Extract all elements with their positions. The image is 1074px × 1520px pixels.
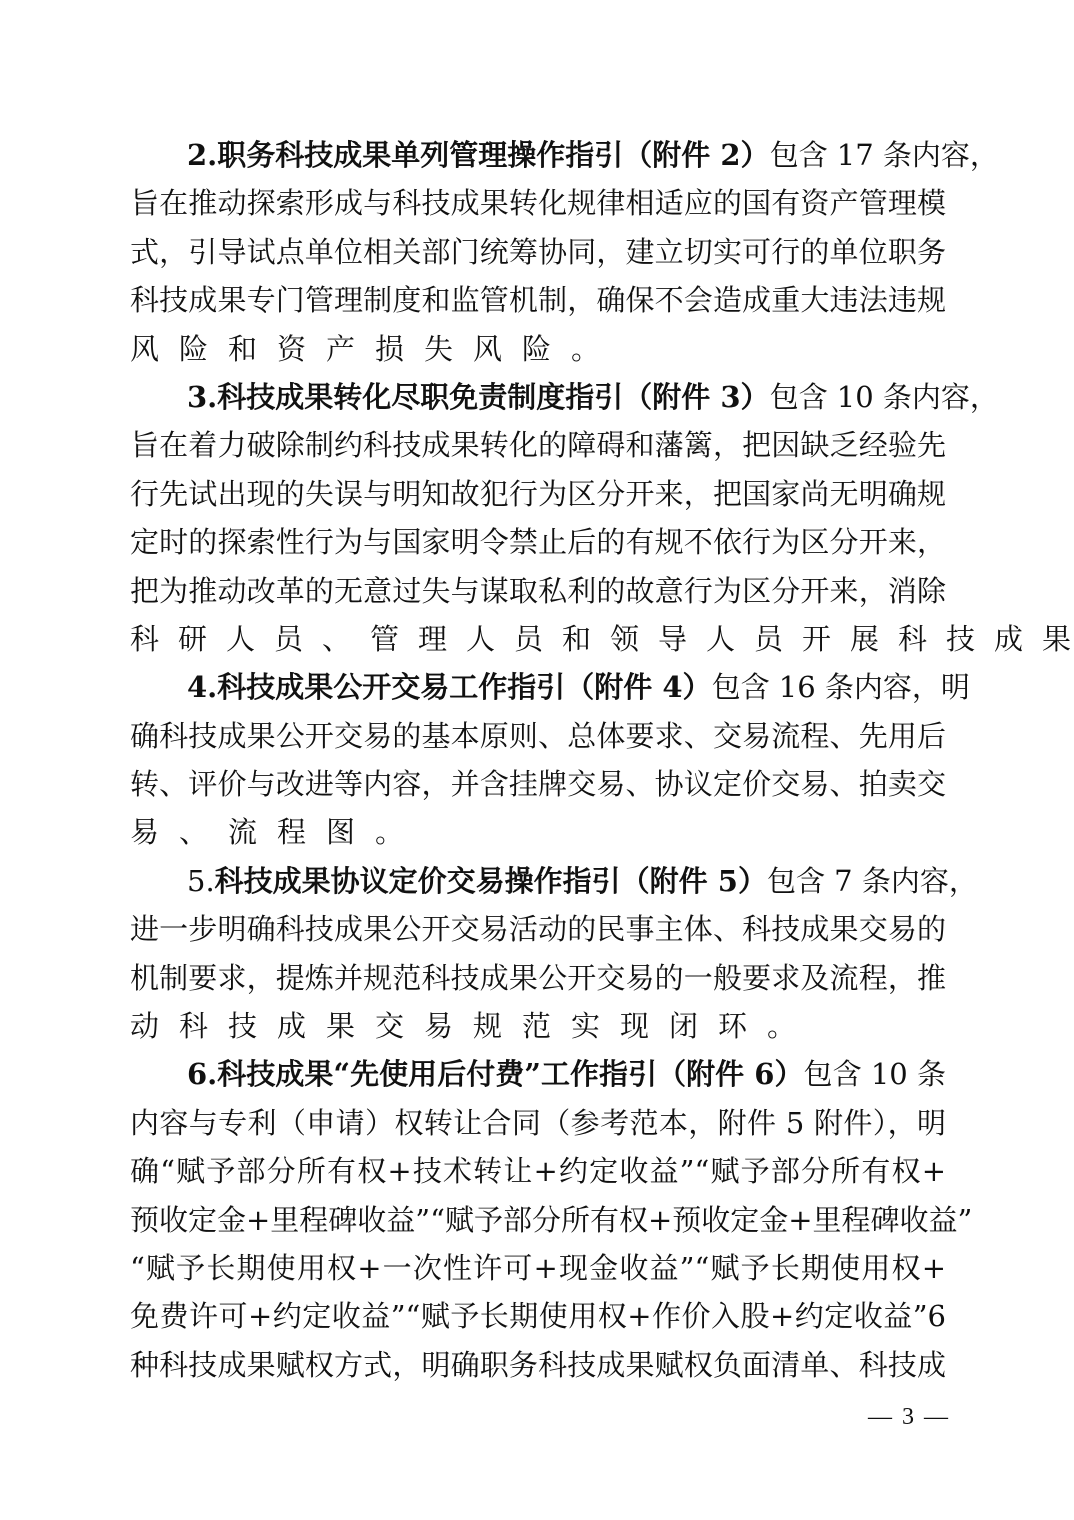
paragraph-item-4: 4.科技成果公开交易工作指引（附件 4）包含 16 条内容，明 确科技成果公开交…: [130, 663, 946, 857]
paragraph-line: 定时的探索性行为与国家明令禁止后的有规不依行为区分开来，: [130, 518, 946, 566]
line-text: 包含 10 条内容，: [770, 380, 999, 414]
item-number: 5.: [187, 864, 215, 898]
paragraph-line: 动科技成果交易规范实现闭环。: [130, 1002, 946, 1050]
line-text: 包含 16 条内容，明: [712, 670, 970, 704]
paragraph-item-5: 5.科技成果协议定价交易操作指引（附件 5）包含 7 条内容， 进一步明确科技成…: [130, 857, 946, 1051]
item-heading: 2.职务科技成果单列管理操作指引（附件 2）: [187, 138, 770, 172]
paragraph-line: 转、评价与改进等内容，并含挂牌交易、协议定价交易、拍卖交: [130, 760, 946, 808]
paragraph-line: “赋予长期使用权+一次性许可+现金收益”“赋予长期使用权+: [130, 1244, 946, 1292]
item-heading: 科技成果协议定价交易操作指引（附件 5）: [215, 864, 767, 898]
paragraph-line: 把为推动改革的无意过失与谋取私利的故意行为区分开来，消除: [130, 567, 946, 615]
line-text: 包含 7 条内容，: [767, 864, 978, 898]
paragraph-line: 机制要求，提炼并规范科技成果公开交易的一般要求及流程，推: [130, 954, 946, 1002]
document-page: 2.职务科技成果单列管理操作指引（附件 2）包含 17 条内容， 旨在推动探索形…: [0, 0, 1074, 1520]
paragraph-line: 式，引导试点单位相关部门统筹协同，建立切实可行的单位职务: [130, 228, 946, 276]
item-heading: 4.科技成果公开交易工作指引（附件 4）: [187, 670, 712, 704]
paragraph-line: 易、流程图。: [130, 808, 946, 856]
item-heading: 3.科技成果转化尽职免责制度指引（附件 3）: [187, 380, 770, 414]
paragraph-item-6: 6.科技成果“先使用后付费”工作指引（附件 6）包含 10 条 内容与专利（申请…: [130, 1050, 946, 1389]
paragraph-line: 2.职务科技成果单列管理操作指引（附件 2）包含 17 条内容，: [130, 131, 946, 179]
paragraph-line: 科技成果专门管理制度和监管机制，确保不会造成重大违法违规: [130, 276, 946, 324]
paragraph-line: 进一步明确科技成果公开交易活动的民事主体、科技成果交易的: [130, 905, 946, 953]
paragraph-item-2: 2.职务科技成果单列管理操作指引（附件 2）包含 17 条内容， 旨在推动探索形…: [130, 131, 946, 373]
item-heading: 6.科技成果“先使用后付费”工作指引（附件 6）: [187, 1057, 804, 1091]
paragraph-line: 内容与专利（申请）权转让合同（参考范本，附件 5 附件），明: [130, 1099, 946, 1147]
paragraph-line: 预收定金+里程碑收益”“赋予部分所有权+预收定金+里程碑收益”: [130, 1196, 946, 1244]
paragraph-line: 确“赋予部分所有权+技术转让+约定收益”“赋予部分所有权+: [130, 1147, 946, 1195]
paragraph-item-3: 3.科技成果转化尽职免责制度指引（附件 3）包含 10 条内容， 旨在着力破除制…: [130, 373, 946, 663]
paragraph-line: 4.科技成果公开交易工作指引（附件 4）包含 16 条内容，明: [130, 663, 946, 711]
paragraph-line: 6.科技成果“先使用后付费”工作指引（附件 6）包含 10 条: [130, 1050, 946, 1098]
paragraph-line: 免费许可+约定收益”“赋予长期使用权+作价入股+约定收益”6: [130, 1292, 946, 1340]
paragraph-line: 旨在推动探索形成与科技成果转化规律相适应的国有资产管理模: [130, 179, 946, 227]
paragraph-line: 风险和资产损失风险。: [130, 325, 946, 373]
paragraph-line: 旨在着力破除制约科技成果转化的障碍和藩篱，把因缺乏经验先: [130, 421, 946, 469]
line-text: 包含 10 条: [804, 1057, 946, 1091]
paragraph-line: 3.科技成果转化尽职免责制度指引（附件 3）包含 10 条内容，: [130, 373, 946, 421]
page-number: — 3 —: [868, 1404, 950, 1431]
paragraph-line: 5.科技成果协议定价交易操作指引（附件 5）包含 7 条内容，: [130, 857, 946, 905]
paragraph-line: 行先试出现的失误与明知故犯行为区分开来，把国家尚无明确规: [130, 470, 946, 518]
paragraph-line: 科研人员、管理人员和领导人员开展科技成果转化的顾虑。: [130, 615, 946, 663]
document-body: 2.职务科技成果单列管理操作指引（附件 2）包含 17 条内容， 旨在推动探索形…: [130, 131, 946, 1389]
line-text: 包含 17 条内容，: [770, 138, 999, 172]
paragraph-line: 种科技成果赋权方式，明确职务科技成果赋权负面清单、科技成: [130, 1341, 946, 1389]
paragraph-line: 确科技成果公开交易的基本原则、总体要求、交易流程、先用后: [130, 712, 946, 760]
